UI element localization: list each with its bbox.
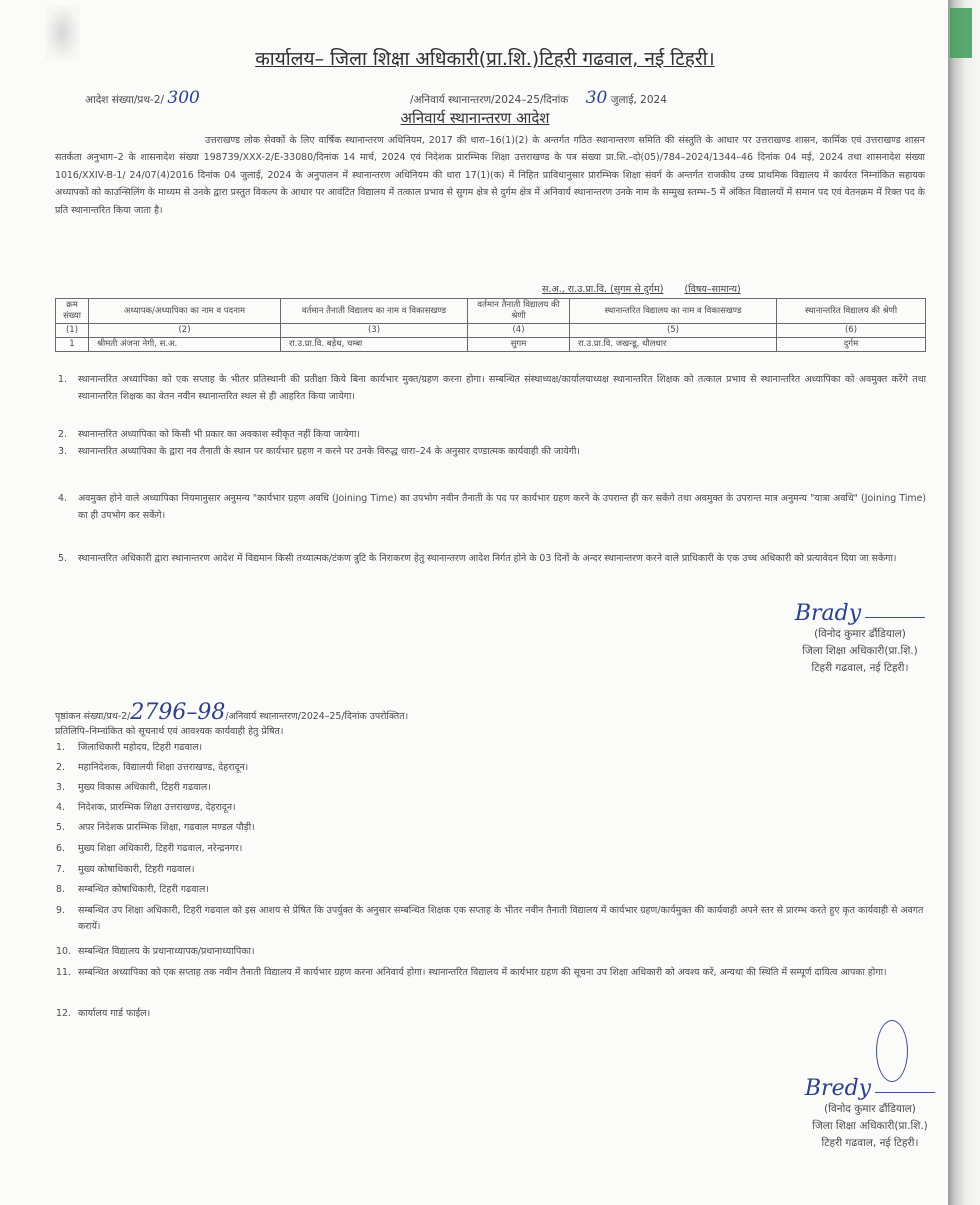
copy-number: 12. [56,1006,71,1022]
signatory-designation: जिला शिक्षा अधिकारी(प्रा.शि.) [770,1118,970,1135]
condition-number: 1. [58,372,67,389]
copy-number: 2. [56,760,65,776]
endorsement-number-line: पृष्ठांकन संख्या/प्रथ-2/2796–98/अनिवार्य… [55,705,408,724]
signatory-location: टिहरी गढवाल, नई टिहरी। [770,1135,970,1152]
category-text: स.अ., रा.उ.प्रा.वि. (सुगम से दुर्गम) [542,284,663,295]
copy-text: मुख्य कोषाधिकारी, टिहरी गढवाल। [78,864,195,875]
copy-item: 6.मुख्य शिक्षा अधिकारी, टिहरी गढवाल, नरे… [78,841,928,857]
col-number: (4) [468,324,570,338]
copy-number: 8. [56,882,65,898]
copy-to-line: प्रतिलिपि–निम्नांकित को सूचनार्थ एवं आवश… [55,724,408,739]
signature-block-1: Brady (विनोद कुमार ढौंडियाल) जिला शिक्षा… [760,605,960,677]
signature-mark-icon: Bredy [770,1080,970,1101]
signatory-name: (विनोद कुमार ढौंडियाल) [770,1101,970,1118]
copy-number: 7. [56,862,65,878]
copy-item: 2.महानिदेशक, विद्यालयी शिक्षा उत्तराखण्ड… [78,760,928,776]
copy-item: 5.अपर निदेशक प्रारम्भिक शिक्षा, गढवाल मण… [78,820,928,836]
copy-text: सम्बन्धित विद्यालय के प्रधानाध्यापक/प्रध… [78,946,255,957]
cell-current-category: सुगम [468,338,570,352]
copy-number: 3. [56,780,65,796]
col-number: (2) [89,324,281,338]
copy-text: महानिदेशक, विद्यालयी शिक्षा उत्तराखण्ड, … [78,762,248,773]
office-title: कार्यालय– जिला शिक्षा अधिकारी(प्रा.शि.)ट… [180,45,790,71]
page-edge-shadow [948,0,980,1205]
col-number: (6) [777,324,926,338]
copy-number: 1. [56,740,65,756]
copy-item: 1.जिलाधिकारी महोदय, टिहरी गढवाल। [78,740,928,756]
condition-item: 3. स्थानान्तरित अध्यापिका के द्वारा नव त… [78,444,926,461]
scan-smudge [45,5,80,60]
signatory-designation: जिला शिक्षा अधिकारी(प्रा.शि.) [760,643,960,660]
condition-number: 4. [58,491,67,508]
header-current-category: वर्तमान तैनाती विद्यालय की श्रेणी [468,299,570,324]
col-number: (1) [56,324,89,338]
table-column-number-row: (1) (2) (3) (4) (5) (6) [56,324,926,338]
copy-item: 7.मुख्य कोषाधिकारी, टिहरी गढवाल। [78,862,928,878]
header-serial: क्रम संख्या [56,299,89,324]
copy-number: 9. [56,903,65,919]
copy-text: सम्बन्धित कोषाधिकारी, टिहरी गढवाल। [78,884,209,895]
copy-item: 12.कार्यालय गार्ड फाईल। [78,1006,928,1022]
signature-loop-icon [876,1020,908,1082]
table-header-row: क्रम संख्या अध्यापक/अध्यापिका का नाम व प… [56,299,926,324]
order-reference-text: /अनिवार्य स्थानान्तरण/2024–25/दिनांक [410,94,568,106]
green-binder-tab [950,8,972,58]
condition-number: 2. [58,427,67,444]
copy-number: 6. [56,841,65,857]
order-date-handwritten: 30 [586,88,608,108]
category-line: स.अ., रा.उ.प्रा.वि. (सुगम से दुर्गम) (वि… [542,282,741,295]
order-reference: /अनिवार्य स्थानान्तरण/2024–25/दिनांक 30 … [410,88,667,108]
copy-text: मुख्य विकास अधिकारी, टिहरी गढवाल। [78,782,211,793]
header-teacher-name: अध्यापक/अध्यापिका का नाम व पदनाम [89,299,281,324]
header-new-category: स्थानान्तरित विद्यालय की श्रेणी [777,299,926,324]
signature-mark-icon: Brady [760,605,960,626]
condition-text: स्थानान्तरित अध्यापिका को एक सप्ताह के भ… [78,374,926,402]
endorsement-suffix: /अनिवार्य स्थानान्तरण/2024–25/दिनांक उपर… [225,711,408,722]
copy-text: कार्यालय गार्ड फाईल। [78,1008,150,1019]
copy-item: 3.मुख्य विकास अधिकारी, टिहरी गढवाल। [78,780,928,796]
condition-text: स्थानान्तरित अध्यापिका के द्वारा नव तैना… [78,446,580,457]
copy-item: 10.सम्बन्धित विद्यालय के प्रधानाध्यापक/प… [78,944,928,960]
condition-item: 2. स्थानान्तरित अध्यापिका को किसी भी प्र… [78,427,926,444]
cell-new-school: रा.उ.प्रा.वि. जखन्डू, थौलधार [570,338,777,352]
condition-number: 3. [58,444,67,461]
copy-item: 8.सम्बन्धित कोषाधिकारी, टिहरी गढवाल। [78,882,928,898]
cell-serial: 1 [56,338,89,352]
copy-text: मुख्य शिक्षा अधिकारी, टिहरी गढवाल, नरेन्… [78,843,242,854]
condition-item: 5. स्थानान्तरित अधिकारी द्वारा स्थानान्त… [78,551,926,568]
header-current-school: वर्तमान तैनाती विद्यालय का नाम व विकासखण… [281,299,468,324]
signature-block-2: Bredy (विनोद कुमार ढौंडियाल) जिला शिक्षा… [770,1080,970,1152]
cell-current-school: रा.उ.प्रा.वि. बड़ेथ, चम्बा [281,338,468,352]
cell-new-category: दुर्गम [777,338,926,352]
copy-number: 5. [56,820,65,836]
body-paragraph: उत्तराखण्ड लोक सेवकों के लिए वार्षिक स्थ… [55,132,925,219]
copy-item: 4.निदेशक, प्रारम्भिक शिक्षा उत्तराखण्ड, … [78,800,928,816]
order-number: आदेश संख्या/प्रथ-2/ 300 [85,88,200,108]
signatory-location: टिहरी गढवाल, नई टिहरी। [760,660,960,677]
copy-number: 11. [56,965,71,981]
copy-text: सम्बन्धित उप शिक्षा अधिकारी, टिहरी गढवाल… [78,905,923,932]
condition-item: 4. अवमुक्त होने वाले अध्यापिका नियमानुसा… [78,491,926,524]
col-number: (5) [570,324,777,338]
copy-text: अपर निदेशक प्रारम्भिक शिक्षा, गढवाल मण्ड… [78,822,255,833]
copy-number: 4. [56,800,65,816]
col-number: (3) [281,324,468,338]
order-date-suffix: जुलाई, 2024 [611,94,667,106]
copy-number: 10. [56,944,71,960]
condition-text: स्थानान्तरित अध्यापिका को किसी भी प्रकार… [78,429,360,440]
table-row: 1 श्रीमती अंजना नेगी, स.अ. रा.उ.प्रा.वि.… [56,338,926,352]
copy-text: सम्बन्धित अध्यापिका को एक सप्ताह तक नवीन… [78,967,887,978]
transfer-table: क्रम संख्या अध्यापक/अध्यापिका का नाम व प… [55,298,926,352]
endorsement-number-handwritten: 2796–98 [130,700,225,725]
copy-item: 9.सम्बन्धित उप शिक्षा अधिकारी, टिहरी गढव… [78,903,928,935]
order-title: अनिवार्य स्थानान्तरण आदेश [325,108,625,128]
condition-number: 5. [58,551,67,568]
copy-item: 11.सम्बन्धित अध्यापिका को एक सप्ताह तक न… [78,965,928,981]
copy-text: जिलाधिकारी महोदय, टिहरी गढवाल। [78,742,202,753]
order-number-handwritten: 300 [167,88,199,108]
condition-text: अवमुक्त होने वाले अध्यापिका नियमानुसार अ… [78,493,926,521]
endorsement-prefix: पृष्ठांकन संख्या/प्रथ-2/ [55,711,130,722]
condition-text: स्थानान्तरित अधिकारी द्वारा स्थानान्तरण … [78,553,896,564]
category-subject: (विषय–सामान्य) [684,284,740,295]
condition-item: 1. स्थानान्तरित अध्यापिका को एक सप्ताह क… [78,372,926,405]
header-new-school: स्थानान्तरित विद्यालय का नाम व विकासखण्ड [570,299,777,324]
signatory-name: (विनोद कुमार ढौंडियाल) [760,626,960,643]
order-number-label: आदेश संख्या/प्रथ-2/ [85,94,164,106]
cell-teacher-name: श्रीमती अंजना नेगी, स.अ. [89,338,281,352]
copy-text: निदेशक, प्रारम्भिक शिक्षा उत्तराखण्ड, दे… [78,802,236,813]
endorsement: पृष्ठांकन संख्या/प्रथ-2/2796–98/अनिवार्य… [55,705,408,739]
